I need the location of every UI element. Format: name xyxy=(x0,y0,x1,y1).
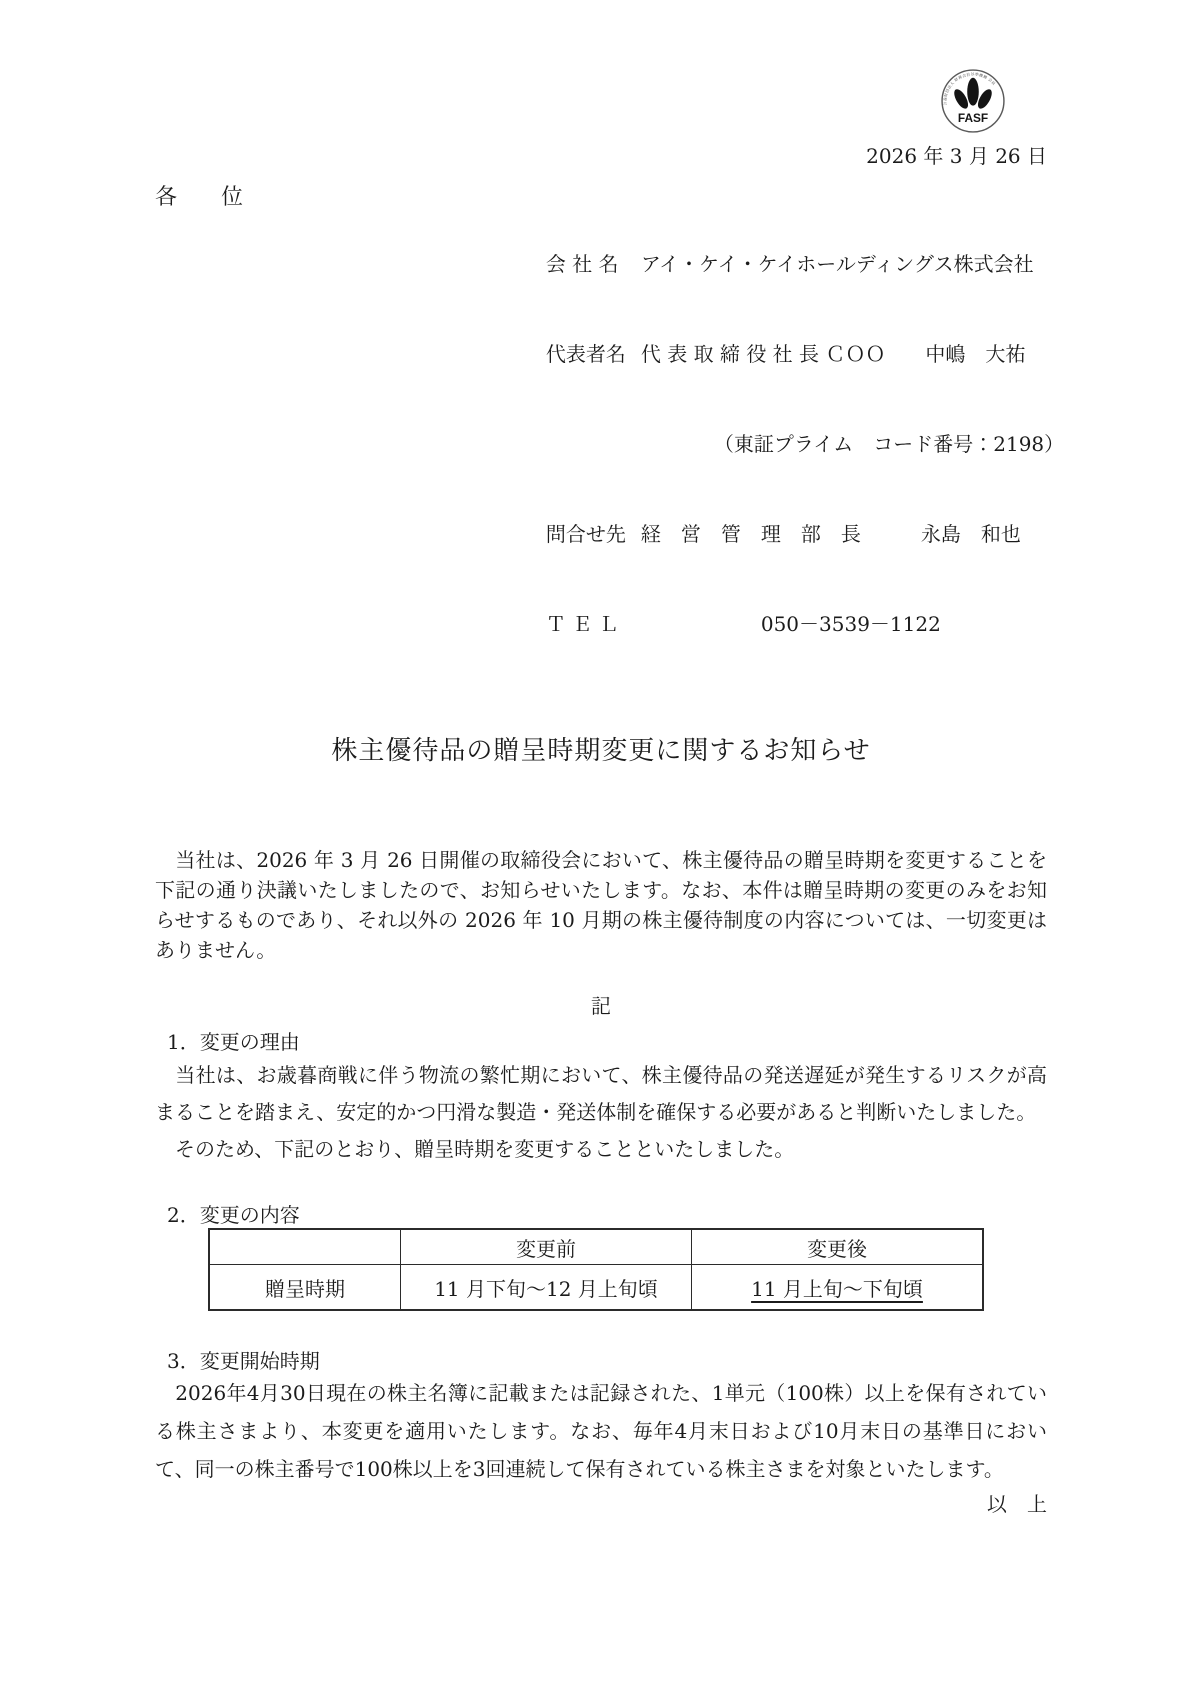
document-date: 2026 年 3 月 26 日 xyxy=(155,0,1047,171)
contact-label: 問合せ先 xyxy=(546,519,641,549)
leaf-center-icon xyxy=(967,78,979,106)
section1-body: 当社は、お歳暮商戦に伴う物流の繁忙期において、株主優待品の発送遅延が発生するリス… xyxy=(155,1057,1047,1168)
section1-paragraph-2: そのため、下記のとおり、贈呈時期を変更することといたしました。 xyxy=(155,1131,1047,1168)
section3-body: 2026年4月30日現在の株主名簿に記載または記録された、1単元（100株）以上… xyxy=(155,1374,1047,1488)
tel-value: 050－3539－1122 xyxy=(641,609,941,639)
change-table: 変更前 変更後 贈呈時期 11 月下旬～12 月上旬頃 11 月上旬～下旬頃 xyxy=(208,1228,984,1311)
change-table-after-value: 11 月上旬～下旬頃 xyxy=(751,1277,923,1301)
fasf-logo-label: FASF xyxy=(958,111,988,125)
listing-code-value: （東証プライム コード番号：2198） xyxy=(641,429,1064,459)
representative-row: 代表者名代 表 取 締 役 社 長 ＣＯＯ 中嶋 大祐 xyxy=(495,309,1047,399)
fasf-logo: 公益財団法人 財務会計基準機構 会員 FASF xyxy=(940,68,1006,134)
change-table-after-header: 変更後 xyxy=(692,1229,984,1265)
contact-value: 経 営 管 理 部 長 永島 和也 xyxy=(641,519,1021,549)
record-mark: 記 xyxy=(155,991,1047,1021)
section3-heading: 3．変更開始時期 xyxy=(155,1348,1047,1374)
listing-code-row: （東証プライム コード番号：2198） xyxy=(495,399,1047,489)
change-table-after-cell: 11 月上旬～下旬頃 xyxy=(692,1265,984,1311)
company-name-value: アイ・ケイ・ケイホールディングス株式会社 xyxy=(641,249,1034,279)
section1-heading: 1．変更の理由 xyxy=(155,1027,1047,1057)
tel-row: Ｔ Ｅ Ｌ050－3539－1122 xyxy=(495,579,1047,669)
tel-label: Ｔ Ｅ Ｌ xyxy=(546,609,641,639)
document-content: 2026 年 3 月 26 日 各 位 会 社 名アイ・ケイ・ケイホールディング… xyxy=(0,0,1191,1518)
fasf-logo-icon: 公益財団法人 財務会計基準機構 会員 FASF xyxy=(940,68,1006,134)
company-name-row: 会 社 名アイ・ケイ・ケイホールディングス株式会社 xyxy=(495,219,1047,309)
representative-label: 代表者名 xyxy=(546,339,641,369)
change-table-empty-header xyxy=(209,1229,401,1265)
intro-paragraph: 当社は、2026 年 3 月 26 日開催の取締役会において、株主優待品の贈呈時… xyxy=(155,845,1047,965)
section2-heading: 2．変更の内容 xyxy=(155,1202,1047,1228)
change-table-before-value: 11 月下旬～12 月上旬頃 xyxy=(401,1265,692,1311)
representative-value: 代 表 取 締 役 社 長 ＣＯＯ 中嶋 大祐 xyxy=(641,339,1026,369)
company-info-block: 会 社 名アイ・ケイ・ケイホールディングス株式会社 代表者名代 表 取 締 役 … xyxy=(495,219,1047,669)
document-title: 株主優待品の贈呈時期変更に関するお知らせ xyxy=(155,731,1047,771)
contact-row: 問合せ先経 営 管 理 部 長 永島 和也 xyxy=(495,489,1047,579)
change-table-before-header: 変更前 xyxy=(401,1229,692,1265)
section1-paragraph-1: 当社は、お歳暮商戦に伴う物流の繁忙期において、株主優待品の発送遅延が発生するリス… xyxy=(155,1057,1047,1131)
change-table-data-row: 贈呈時期 11 月下旬～12 月上旬頃 11 月上旬～下旬頃 xyxy=(209,1265,983,1311)
company-name-label: 会 社 名 xyxy=(546,249,641,279)
closing-mark: 以 上 xyxy=(155,1490,1047,1518)
change-table-row-label: 贈呈時期 xyxy=(209,1265,401,1311)
recipient-line: 各 位 xyxy=(155,183,1047,213)
change-table-header-row: 変更前 変更後 xyxy=(209,1229,983,1265)
document-page: 公益財団法人 財務会計基準機構 会員 FASF 2026 年 3 月 26 日 … xyxy=(0,0,1191,1684)
